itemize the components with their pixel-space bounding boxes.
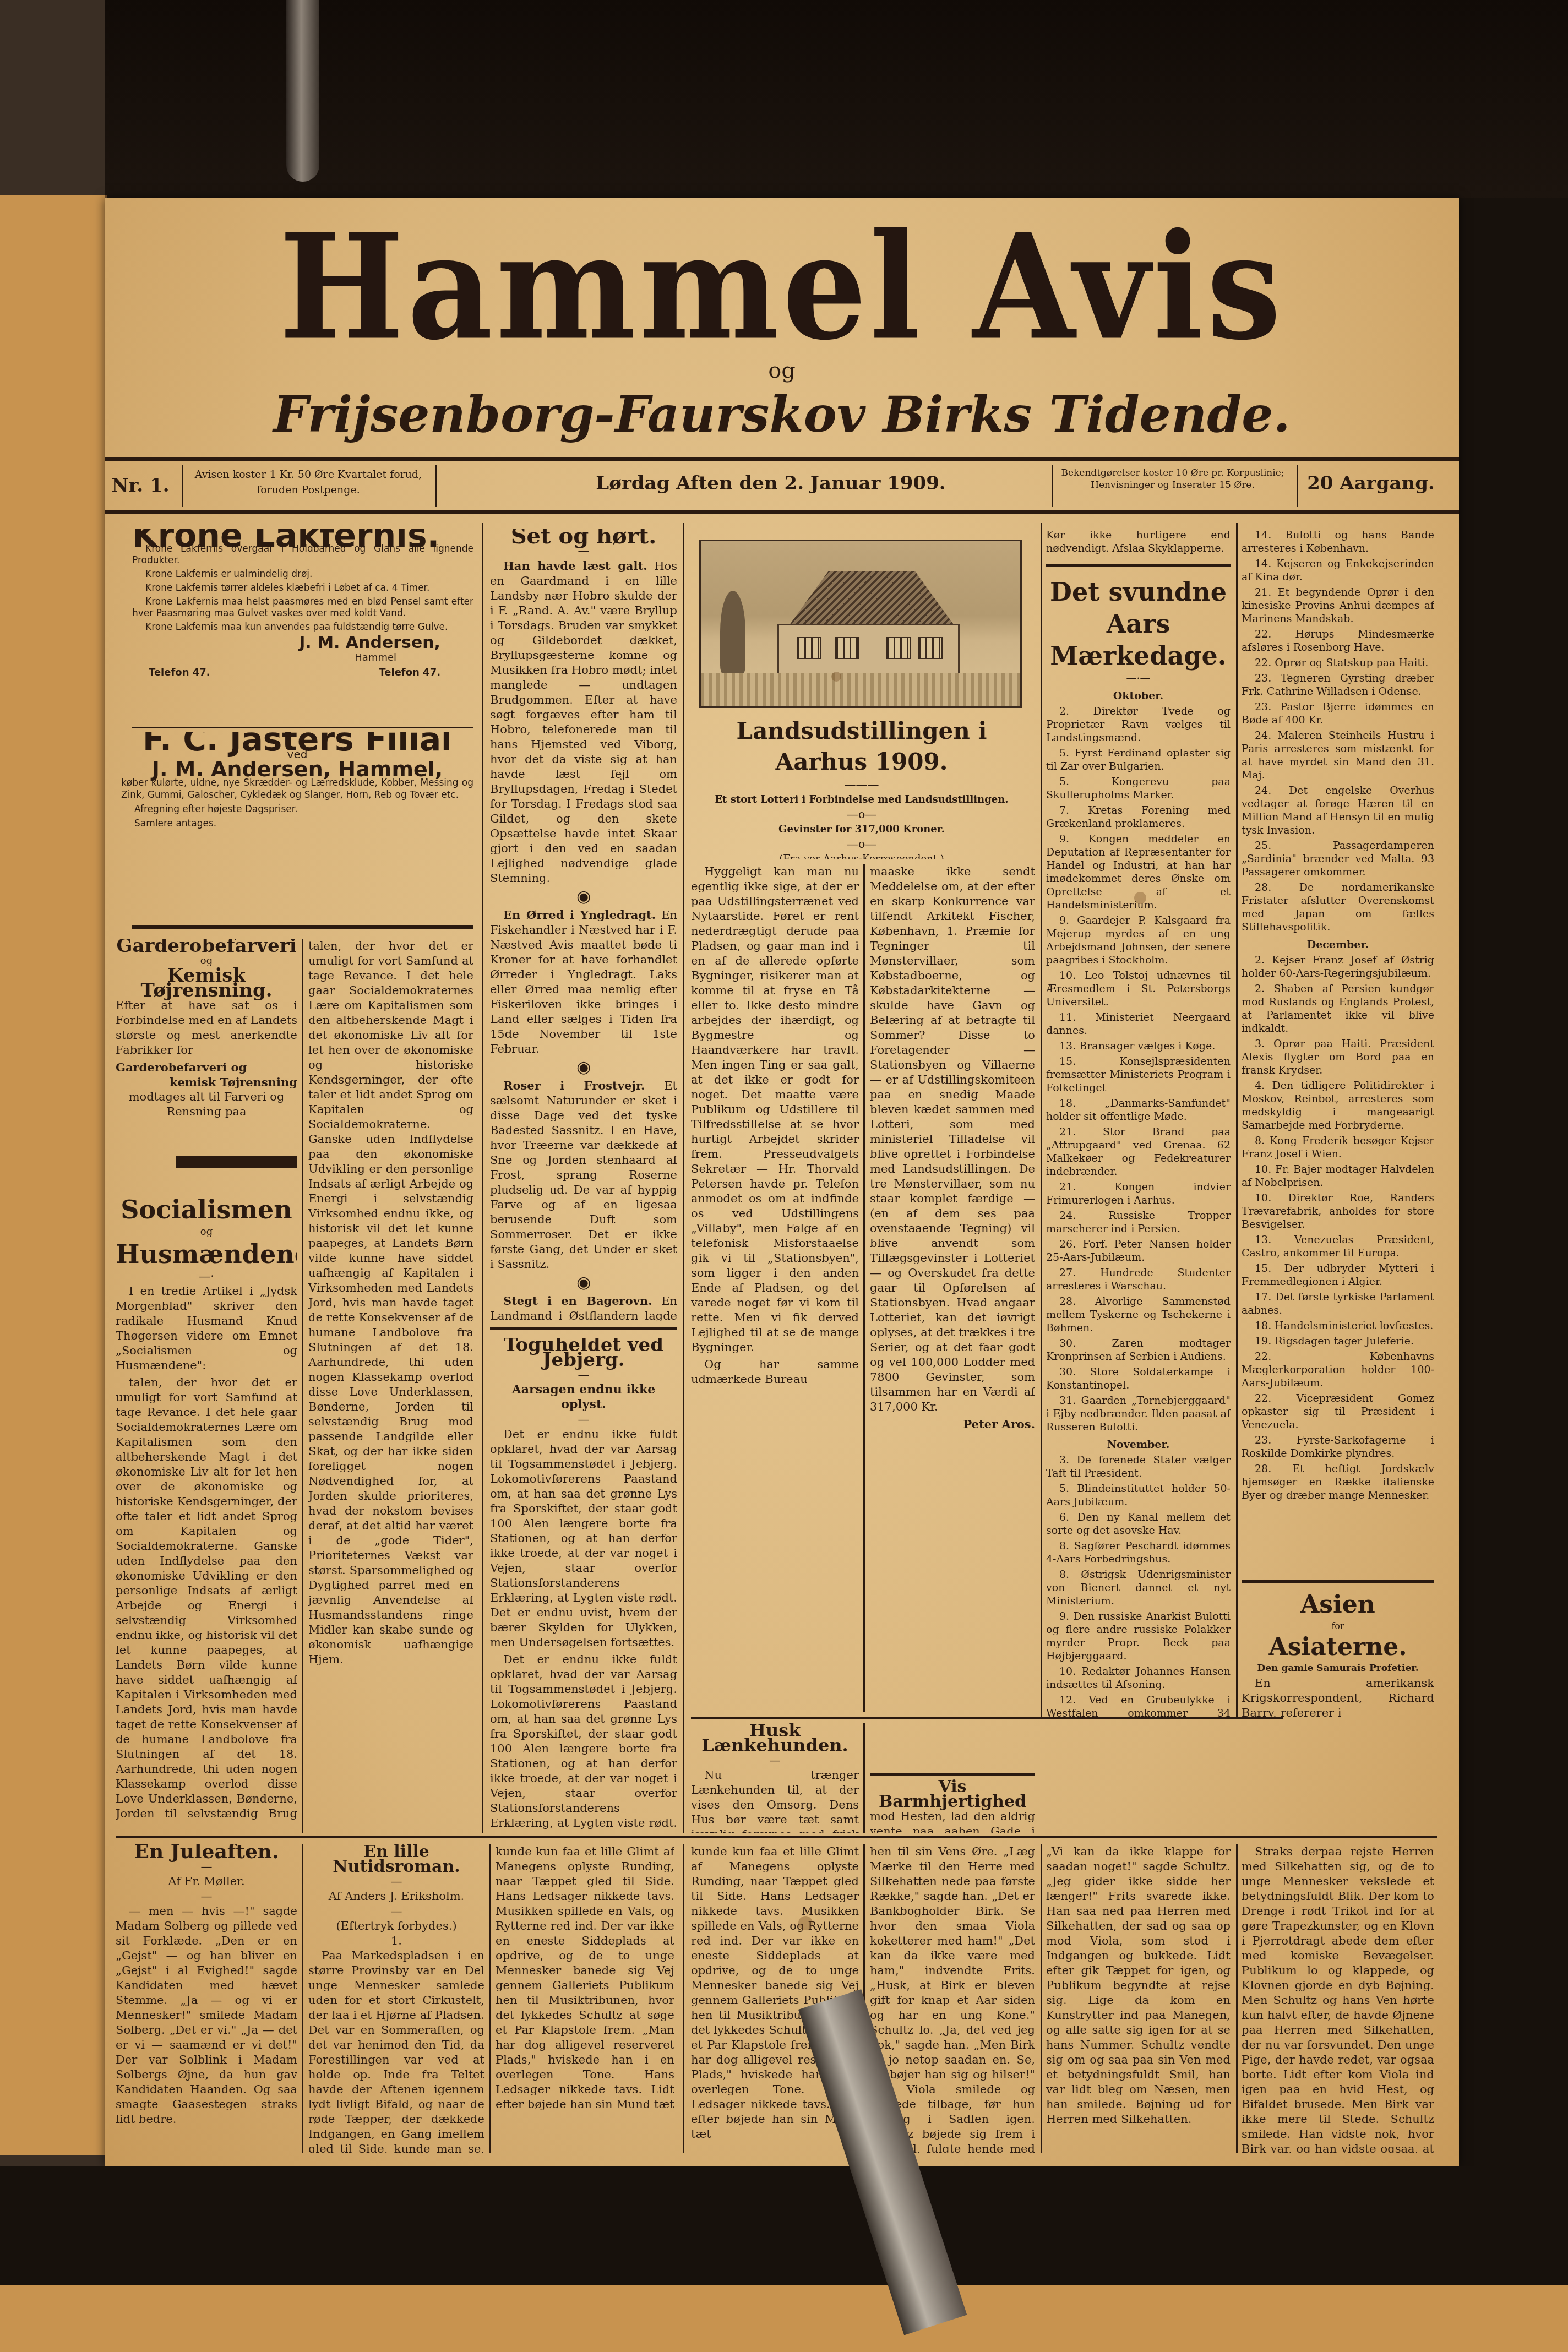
section-divider <box>490 1327 677 1330</box>
ad-jaster-body: køber kulørte, uldne, nye Skrædder- og L… <box>121 777 473 801</box>
story-nutidsroman-col2: kunde kun faa et lille Glimt af Manegens… <box>496 1844 674 2153</box>
article-asien-for: for <box>1242 1619 1434 1634</box>
article-barmhjertighed: Vis Barmhjertighed mod Hesten, lad den a… <box>870 1773 1035 1833</box>
event-item: 23. Fyrste-Sarkofagerne i Roskilde Domki… <box>1242 1434 1434 1460</box>
event-item: 28. Alvorlige Sammenstød mellem Tyskerne… <box>1046 1295 1231 1335</box>
month-heading: December. <box>1242 938 1434 951</box>
article-toguheldet-body: Det er endnu ikke fuldt opklaret, hvad d… <box>490 1652 677 1833</box>
article-socialismen-title2: Husmændene. <box>116 1239 297 1269</box>
event-item: 27. Hundrede Studenter arresteres i Wars… <box>1046 1266 1231 1293</box>
target-bullet-icon: ◉ <box>490 1060 677 1075</box>
issue-date: Lørdag Aften den 2. Januar 1909. <box>446 476 1096 491</box>
event-item: 11. Ministeriet Neergaard dannes. <box>1046 1011 1231 1037</box>
ad-jasters-filial: F. C. Jasters Filial ved J. M. Andersen,… <box>121 732 473 914</box>
story-juleaften-body: — men — hvis —!" sagde Madam Solberg og … <box>116 1904 297 2127</box>
story-nutidsroman-col6: Straks derpaa rejste Herren med Silkehat… <box>1242 1844 1434 2153</box>
article-toguheldet: Toguheldet ved Jebjerg. — Aarsagen endnu… <box>490 1338 677 1833</box>
ad-garderobefarveri: Garderobefarveri og Kemisk Tøjrensning. … <box>116 939 297 1120</box>
paper-stain <box>831 672 841 682</box>
book-clamp-top <box>286 0 319 182</box>
article-toguheldet-subtitle: Aarsagen endnu ikke oplyst. <box>490 1382 677 1412</box>
binding-cover-left <box>0 195 107 2155</box>
ad-rates: Bekendtgørelser koster 10 Øre pr. Korpus… <box>1057 467 1288 491</box>
event-item: 26. Forf. Peter Nansen holder 25-Aars-Ju… <box>1046 1238 1231 1264</box>
story-nutidsroman-col1: En lille Nutidsroman. — Af Anders J. Eri… <box>308 1844 484 2153</box>
column-rule <box>482 523 483 1833</box>
article-socialismen-title: Socialismen <box>116 1195 297 1224</box>
masthead: Hammel Avis og Frijsenborg-Faurskov Birk… <box>105 198 1459 462</box>
infobar-rule <box>105 510 1459 514</box>
ad-krone-line: Krone Lakfernis er ualmindelig drøj. <box>132 569 473 580</box>
column-rule <box>863 1723 865 1833</box>
article-text: Og har samme udmærkede Bureau <box>691 1357 859 1387</box>
news-item: Han havde læst galt. Hos en Gaardmand i … <box>490 558 677 886</box>
ad-krone-line: Krone Lakfernis overgaar i Holdbarhed og… <box>132 543 473 567</box>
section-maerkedage-col2: 14. Bulotti og hans Bande arresteres i K… <box>1242 529 1434 1575</box>
event-item: 24. Russiske Tropper marscherer ind i Pe… <box>1046 1209 1231 1235</box>
event-list-november: 3. De forenede Stater vælger Taft til Pr… <box>1046 1453 1231 1718</box>
event-item: 2. Direktør Tvede og Proprietær Ravn væl… <box>1046 705 1231 744</box>
event-item: 24. Det engelske Overhus vedtager at for… <box>1242 784 1434 837</box>
article-landsudstilling-title: Landsudstillingen i Aarhus 1909. <box>694 716 1030 777</box>
column-rule <box>863 864 865 1712</box>
story-text: Straks derpaa rejste Herren med Silkehat… <box>1242 1844 1434 2153</box>
ad-garderobe-title: Garderobefarveri <box>116 939 297 954</box>
masthead-title: Hammel Avis <box>105 202 1459 372</box>
separator: —o— <box>694 837 1030 852</box>
article-laenkehunden-title: Husk Lænkehunden. <box>691 1723 859 1753</box>
separator: —o— <box>694 807 1030 822</box>
section-set-og-hort-title: Set og hørt. <box>490 529 677 543</box>
event-item: 15. Der udbryder Mytteri i Fremmedlegion… <box>1242 1262 1434 1288</box>
issue-number: Nr. 1. <box>105 478 176 493</box>
target-bullet-icon: ◉ <box>490 889 677 904</box>
section-maerkedage-col1: Kør ikke hurtigere end nødvendigt. Afsla… <box>1046 529 1231 1718</box>
info-divider <box>435 465 437 507</box>
ad-krone-phone: Telefon 47. <box>149 665 210 680</box>
article-socialismen-og: og <box>116 1224 297 1239</box>
article-text: Hyggeligt kan man nu egentlig ikke sige,… <box>691 864 859 1355</box>
event-item: 21. Et begyndende Oprør i den kinesiske … <box>1242 586 1434 625</box>
month-heading: November. <box>1046 1438 1231 1451</box>
event-item: 30. Zaren modtager Kronprinsen af Serbie… <box>1046 1337 1231 1363</box>
target-bullet-icon: ◉ <box>490 1275 677 1290</box>
event-item: 3. De forenede Stater vælger Taft til Pr… <box>1046 1453 1231 1480</box>
event-item: 8. Sagfører Peschardt idømmes 4-Aars For… <box>1046 1539 1231 1566</box>
ad-krone-line: Krone Lakfernis maa kun anvendes paa ful… <box>132 622 473 633</box>
article-byline: Peter Aros. <box>870 1417 1035 1431</box>
subscription-price: Avisen koster 1 Kr. 50 Øre Kvartalet for… <box>187 467 429 498</box>
event-item: 8. Kong Frederik besøger Kejser Franz Jo… <box>1242 1134 1434 1161</box>
story-nutidsroman-notice: (Eftertryk forbydes.) <box>308 1919 484 1934</box>
ad-krone-phone: Telefon 47. <box>379 665 440 680</box>
column-rule <box>683 1844 684 2153</box>
article-barmhjertighed-title: Vis Barmhjertighed <box>870 1779 1035 1809</box>
event-item: 5. Blindeinstituttet holder 50-Aars Jubi… <box>1046 1482 1231 1509</box>
event-item: 22. Vicepræsident Gomez opkaster sig til… <box>1242 1392 1434 1431</box>
story-nutidsroman-col5: „Vi kan da ikke klappe for saadan noget!… <box>1046 1844 1231 2153</box>
ad-krone-town: Hammel <box>132 650 473 665</box>
event-item: 22. Københavns Mæglerkorporation holder … <box>1242 1350 1434 1390</box>
story-nutidsroman-title: En lille Nutidsroman. <box>308 1844 484 1874</box>
paper-stain <box>1134 892 1146 904</box>
story-text: „Vi kan da ikke klappe for saadan noget!… <box>1046 1844 1231 2127</box>
article-socialismen-continued: talen, der hvor det er umuligt for vort … <box>308 939 473 1833</box>
event-item: 10. Leo Tolstoj udnævnes til Æresmedlem … <box>1046 969 1231 1009</box>
event-item: 25. Passagerdamperen „Sardinia" brænder … <box>1242 839 1434 879</box>
article-landsudstilling-byline: (Fra vor Aarhus-Korrespondent.) <box>694 852 1030 859</box>
event-item: 14. Kejseren og Enkekejserinden af Kina … <box>1242 557 1434 584</box>
article-barmhjertighed-body: mod Hesten, lad den aldrig vente paa aab… <box>870 1809 1035 1833</box>
ad-krone-line: Krone Lakfernis maa helst paasmøres med … <box>132 596 473 619</box>
ad-garderobe-body: modtages alt til Farveri og Rensning paa <box>116 1090 297 1119</box>
event-item: 30. Store Soldaterkampe i Konstantinopel… <box>1046 1365 1231 1392</box>
event-item: 9. Gaardejer P. Kalsgaard fra Mejerup my… <box>1046 914 1231 967</box>
event-item: 13. Bransager vælges i Køge. <box>1046 1039 1231 1053</box>
event-item: 10. Redaktør Johannes Hansen indsættes t… <box>1046 1665 1231 1691</box>
decorative-bar <box>176 1156 297 1168</box>
ad-krone-line: Krone Lakfernis tørrer aldeles klæbefri … <box>132 582 473 594</box>
event-item: 22. Hørups Mindesmærke afsløres i Rosenb… <box>1242 628 1434 654</box>
article-asien-title2: Asiaterne. <box>1242 1634 1434 1661</box>
story-nutidsroman-chapter: 1. <box>308 1934 484 1948</box>
news-item: En Ørred i Yngledragt. En Fiskehandler i… <box>490 907 677 1057</box>
section-set-og-hort: Set og hørt. — Han havde læst galt. Hos … <box>490 529 677 1321</box>
event-item: 12. Ved en Grubeulykke i Westfalen omkom… <box>1046 1694 1231 1718</box>
event-item: 6. Den ny Kanal mellem det sorte og det … <box>1046 1511 1231 1537</box>
story-nutidsroman-author: Af Anders J. Eriksholm. <box>308 1889 484 1904</box>
event-item: 2. Shaben af Persien kundgør mod Rusland… <box>1242 982 1434 1035</box>
newspaper-page: Hammel Avis og Frijsenborg-Faurskov Birk… <box>105 198 1459 2166</box>
ad-jaster-line: Samlere antages. <box>121 818 473 830</box>
article-asien: Asien for Asiaterne. Den gamle Samurais … <box>1242 1591 1434 1718</box>
ad-krone-lakfernis: Krone Lakfernis. Krone Lakfernis overgaa… <box>132 529 473 727</box>
masthead-rule <box>105 457 1459 461</box>
event-item: 23. Tegneren Gyrsting dræber Frk. Cathri… <box>1242 672 1434 698</box>
column-rule <box>1041 1844 1042 2153</box>
feuilleton-rule <box>116 1836 1437 1838</box>
event-item: 9. Den russiske Anarkist Bulotti og fler… <box>1046 1610 1231 1663</box>
column-rule <box>1236 1844 1238 2153</box>
article-landsudstilling-prize: Gevinster for 317,000 Kroner. <box>694 822 1030 837</box>
article-laenkehunden-body: Nu trænger Lænkehunden til, at der vises… <box>691 1768 859 1833</box>
masthead-conjunction: og <box>105 358 1459 383</box>
story-juleaften: En Juleaften. — Af Fr. Møller. — — men —… <box>116 1844 297 2153</box>
story-text: kunde kun faa et lille Glimt af Manegens… <box>496 1844 674 2112</box>
info-bar: Nr. 1. Avisen koster 1 Kr. 50 Øre Kvarta… <box>105 462 1459 512</box>
article-landsudstilling-col2: maaske ikke sendt Meddelelse om, at der … <box>870 864 1035 1712</box>
section-maerkedage-title: Det svundne Aars Mærkedage. <box>1046 576 1231 672</box>
article-landsudstilling-sub: Et stort Lotteri i Forbindelse med Lands… <box>694 792 1030 807</box>
event-item: 5. Fyrst Ferdinand oplaster sig til Zar … <box>1046 747 1231 773</box>
ad-krone-title: Krone Lakfernis. <box>132 529 473 543</box>
news-item: Stegt i en Bagerovn. En Landmand i Østfl… <box>490 1293 677 1321</box>
ad-divider <box>132 925 473 929</box>
article-toguheldet-body: Det er endnu ikke fuldt opklaret, hvad d… <box>490 1427 677 1650</box>
article-landsudstilling-col1: Hyggeligt kan man nu egentlig ikke sige,… <box>691 864 859 1712</box>
ad-garderobe-bold: Garderobefarveri og <box>116 1060 297 1075</box>
article-toguheldet-title: Toguheldet ved Jebjerg. <box>490 1338 677 1368</box>
event-item: 18. „Danmarks-Samfundet" holder sit offe… <box>1046 1097 1231 1123</box>
masthead-subtitle: Frijsenborg-Faurskov Birks Tidende. <box>105 385 1459 444</box>
article-socialismen-text: talen, der hvor det er umuligt for vort … <box>116 1375 297 1822</box>
background-top <box>105 0 1568 198</box>
column-rule <box>1236 523 1238 1718</box>
ad-garderobe-body: Efter at have sat os i Forbindelse med e… <box>116 998 297 1058</box>
house-illustration <box>699 540 1022 708</box>
ad-jaster-title: F. C. Jasters Filial <box>121 732 473 747</box>
article-socialismen-intro: I en tredie Artikel i „Jydsk Morgenblad"… <box>116 1284 297 1373</box>
month-heading: Oktober. <box>1046 689 1231 703</box>
ad-jaster-line: Afregning efter højeste Dagspriser. <box>121 803 473 815</box>
story-juleaften-title: En Juleaften. <box>116 1844 297 1859</box>
event-list-november-continued: 14. Bulotti og hans Bande arresteres i K… <box>1242 529 1434 934</box>
event-item: 31. Gaarden „Tornebjerggaard" i Ejby ned… <box>1046 1394 1231 1434</box>
paper-stain <box>798 1916 813 1930</box>
event-item: 10. Fr. Bajer modtager Halvdelen af Nobe… <box>1242 1163 1434 1189</box>
event-item: 21. Stor Brand paa „Attrupgaard" ved Gre… <box>1046 1125 1231 1178</box>
event-list-december: 2. Kejser Franz Josef af Østrig holder 6… <box>1242 954 1434 1502</box>
event-item: 3. Oprør paa Haiti. Præsident Alexis fly… <box>1242 1037 1434 1077</box>
event-item: 18. Handelsministeriet lovfæstes. <box>1242 1319 1434 1332</box>
notice-note: Kør ikke hurtigere end nødvendigt. Afsla… <box>1046 529 1231 555</box>
event-item: 4. Den tidligere Politidirektør i Moskov… <box>1242 1079 1434 1132</box>
column-rule <box>1041 523 1042 1718</box>
event-item: 21. Kongen indvier Frimurerlogen i Aarhu… <box>1046 1180 1231 1207</box>
event-item: 13. Venezuelas Præsident, Castro, ankomm… <box>1242 1233 1434 1260</box>
info-divider <box>182 465 183 507</box>
ad-krone-merchant: J. M. Andersen, <box>132 635 473 650</box>
article-socialismen-col2: talen, der hvor det er umuligt for vort … <box>308 939 473 1667</box>
column-rule <box>683 523 684 1833</box>
volume-number: 20 Aargang. <box>1302 476 1440 491</box>
article-asien-subtitle: Den gamle Samurais Profetier. <box>1242 1661 1434 1676</box>
section-divider <box>1242 1580 1434 1583</box>
event-item: 7. Kretas Forening med Grækenland prokla… <box>1046 804 1231 830</box>
event-item: 8. Østrigsk Udenrigsminister von Bienert… <box>1046 1568 1231 1608</box>
event-item: 28. De nordamerikanske Fristater afslutt… <box>1242 881 1434 934</box>
event-item: 10. Direktør Roe, Randers Trævarefabrik,… <box>1242 1191 1434 1231</box>
column-rule <box>302 1844 303 2153</box>
event-item: 19. Rigsdagen tager Juleferie. <box>1242 1335 1434 1348</box>
event-item: 24. Maleren Steinheils Hustru i Paris ar… <box>1242 729 1434 782</box>
ad-divider <box>132 727 473 728</box>
news-item: Roser i Frostvejr. Et sælsomt Naturunder… <box>490 1078 677 1272</box>
binding-cover-bottom <box>0 2285 1568 2352</box>
event-item: 15. Konsejlspræsidenten fremsætter Minis… <box>1046 1055 1231 1095</box>
article-asien-body: En amerikansk Krigskorrespondent, Richar… <box>1242 1676 1434 1718</box>
article-text: maaske ikke sendt Meddelelse om, at der … <box>870 864 1035 1414</box>
event-list-october: 2. Direktør Tvede og Proprietær Ravn væl… <box>1046 705 1231 1434</box>
event-item: 5. Kongerevu paa Skullerupholms Marker. <box>1046 775 1231 802</box>
ad-garderobe-bold: kemisk Tøjrensning <box>116 1075 297 1090</box>
story-juleaften-author: Af Fr. Møller. <box>116 1874 297 1889</box>
event-item: 23. Pastor Bjerre idømmes en Bøde af 400… <box>1242 700 1434 727</box>
info-divider <box>1297 465 1298 507</box>
article-socialismen: Socialismen og Husmændene. —· I en tredi… <box>116 1195 297 1822</box>
event-item: 17. Det første tyrkiske Parlament aabnes… <box>1242 1291 1434 1317</box>
column-rule <box>302 939 303 1833</box>
article-landsudstilling-header: Landsudstillingen i Aarhus 1909. ——— Et … <box>694 716 1030 859</box>
event-item: 14. Bulotti og hans Bande arresteres i K… <box>1242 529 1434 555</box>
event-item: 2. Kejser Franz Josef af Østrig holder 6… <box>1242 954 1434 980</box>
story-text: Paa Markedspladsen i en større Provinsby… <box>308 1948 484 2153</box>
column-rule <box>489 1844 491 2153</box>
ad-jaster-merchant: J. M. Andersen, Hammel, <box>121 762 473 777</box>
ad-garderobe-title2: Kemisk Tøjrensning. <box>116 968 297 998</box>
info-divider <box>1052 465 1053 507</box>
event-item: 28. Et heftigt Jordskælv hjemsøger en Ræ… <box>1242 1462 1434 1502</box>
event-item: 22. Oprør og Statskup paa Haiti. <box>1242 656 1434 669</box>
article-laenkehunden: Husk Lænkehunden. — Nu trænger Lænkehund… <box>691 1723 859 1833</box>
article-asien-title: Asien <box>1242 1591 1434 1619</box>
